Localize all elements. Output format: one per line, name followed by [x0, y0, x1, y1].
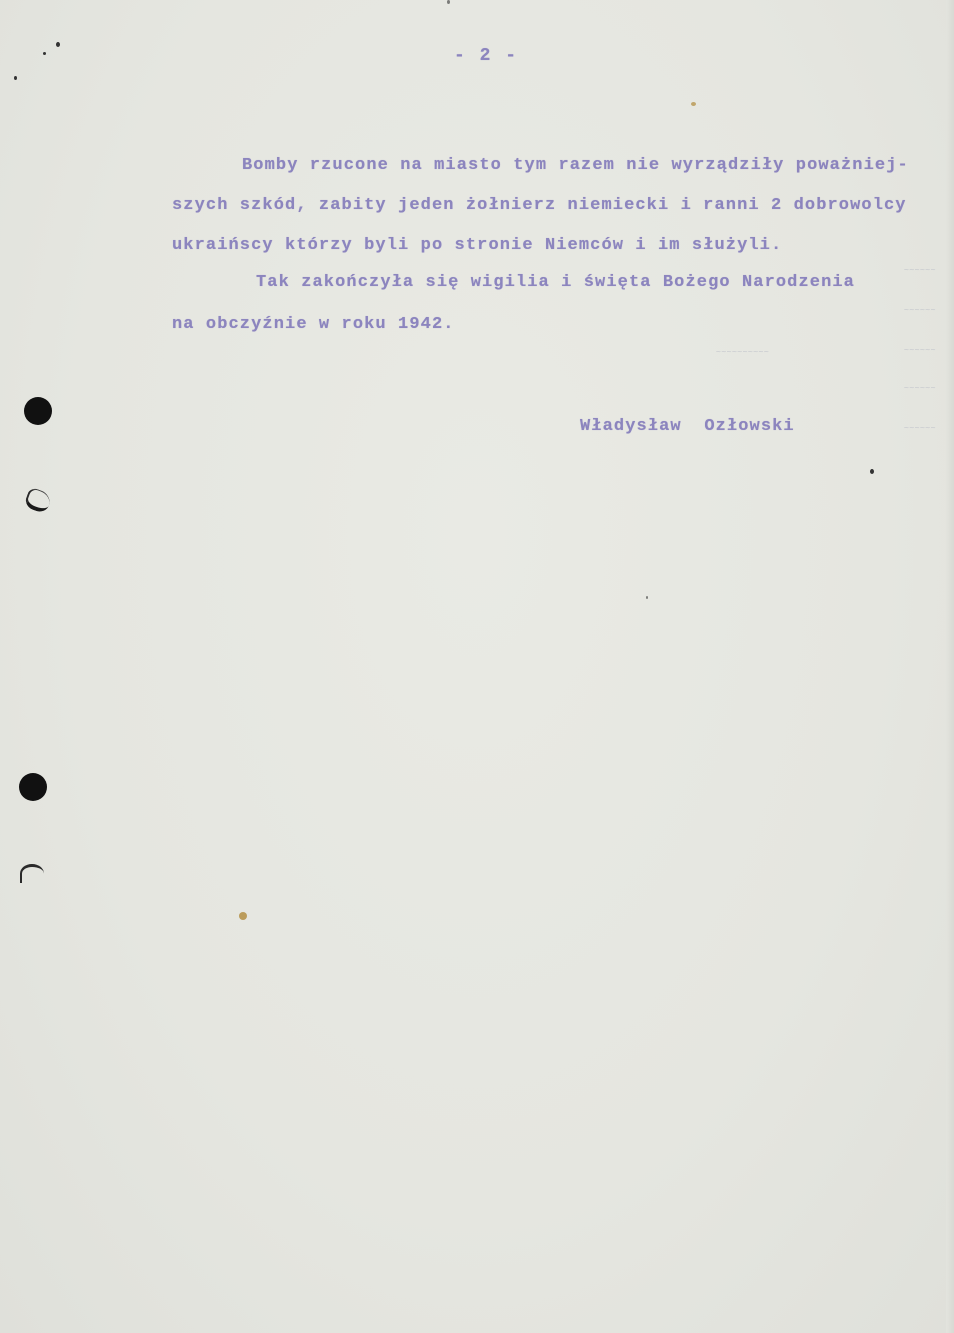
bleed-through-mark: ~~~~~~: [904, 305, 936, 314]
paragraph-2-line-1: Tak zakończyła się wigilia i święta Boże…: [256, 273, 855, 292]
paragraph-1-line-3: ukraińscy którzy byli po stronie Niemców…: [172, 236, 782, 255]
page-number: - 2 -: [454, 46, 518, 66]
page-edge: [946, 0, 954, 1333]
paragraph-1-line-1: Bomby rzucone na miasto tym razem nie wy…: [242, 156, 909, 175]
ink-speck: [447, 0, 450, 4]
paragraph-1-line-2: szych szkód, zabity jeden żołnierz niemi…: [172, 196, 907, 215]
signature: Władysław Ozłowski: [580, 417, 795, 436]
ink-speck: [14, 76, 17, 80]
ink-speck: [56, 42, 60, 47]
bleed-through-mark: ~~~~~~: [904, 423, 936, 432]
torn-punch-hole-icon: [23, 487, 53, 515]
ink-speck: [646, 596, 648, 599]
ink-speck: [43, 52, 46, 55]
stain-speck: [691, 102, 696, 106]
ink-speck: [870, 469, 874, 474]
punch-hole-icon: [24, 397, 52, 425]
paragraph-2-line-2: na obczyźnie w roku 1942.: [172, 315, 455, 334]
bleed-through-mark: ~~~~~~: [904, 265, 936, 274]
torn-punch-hole-icon: [20, 864, 44, 883]
bleed-through-mark: ~~~~~~: [904, 383, 936, 392]
bleed-through-mark: ~~~~~~: [904, 345, 936, 354]
punch-hole-icon: [19, 773, 47, 801]
document-page: - 2 - Bomby rzucone na miasto tym razem …: [0, 0, 954, 1333]
bleed-through-mark: ~~~~~~~~~~: [716, 347, 769, 356]
stain-speck: [239, 912, 247, 920]
